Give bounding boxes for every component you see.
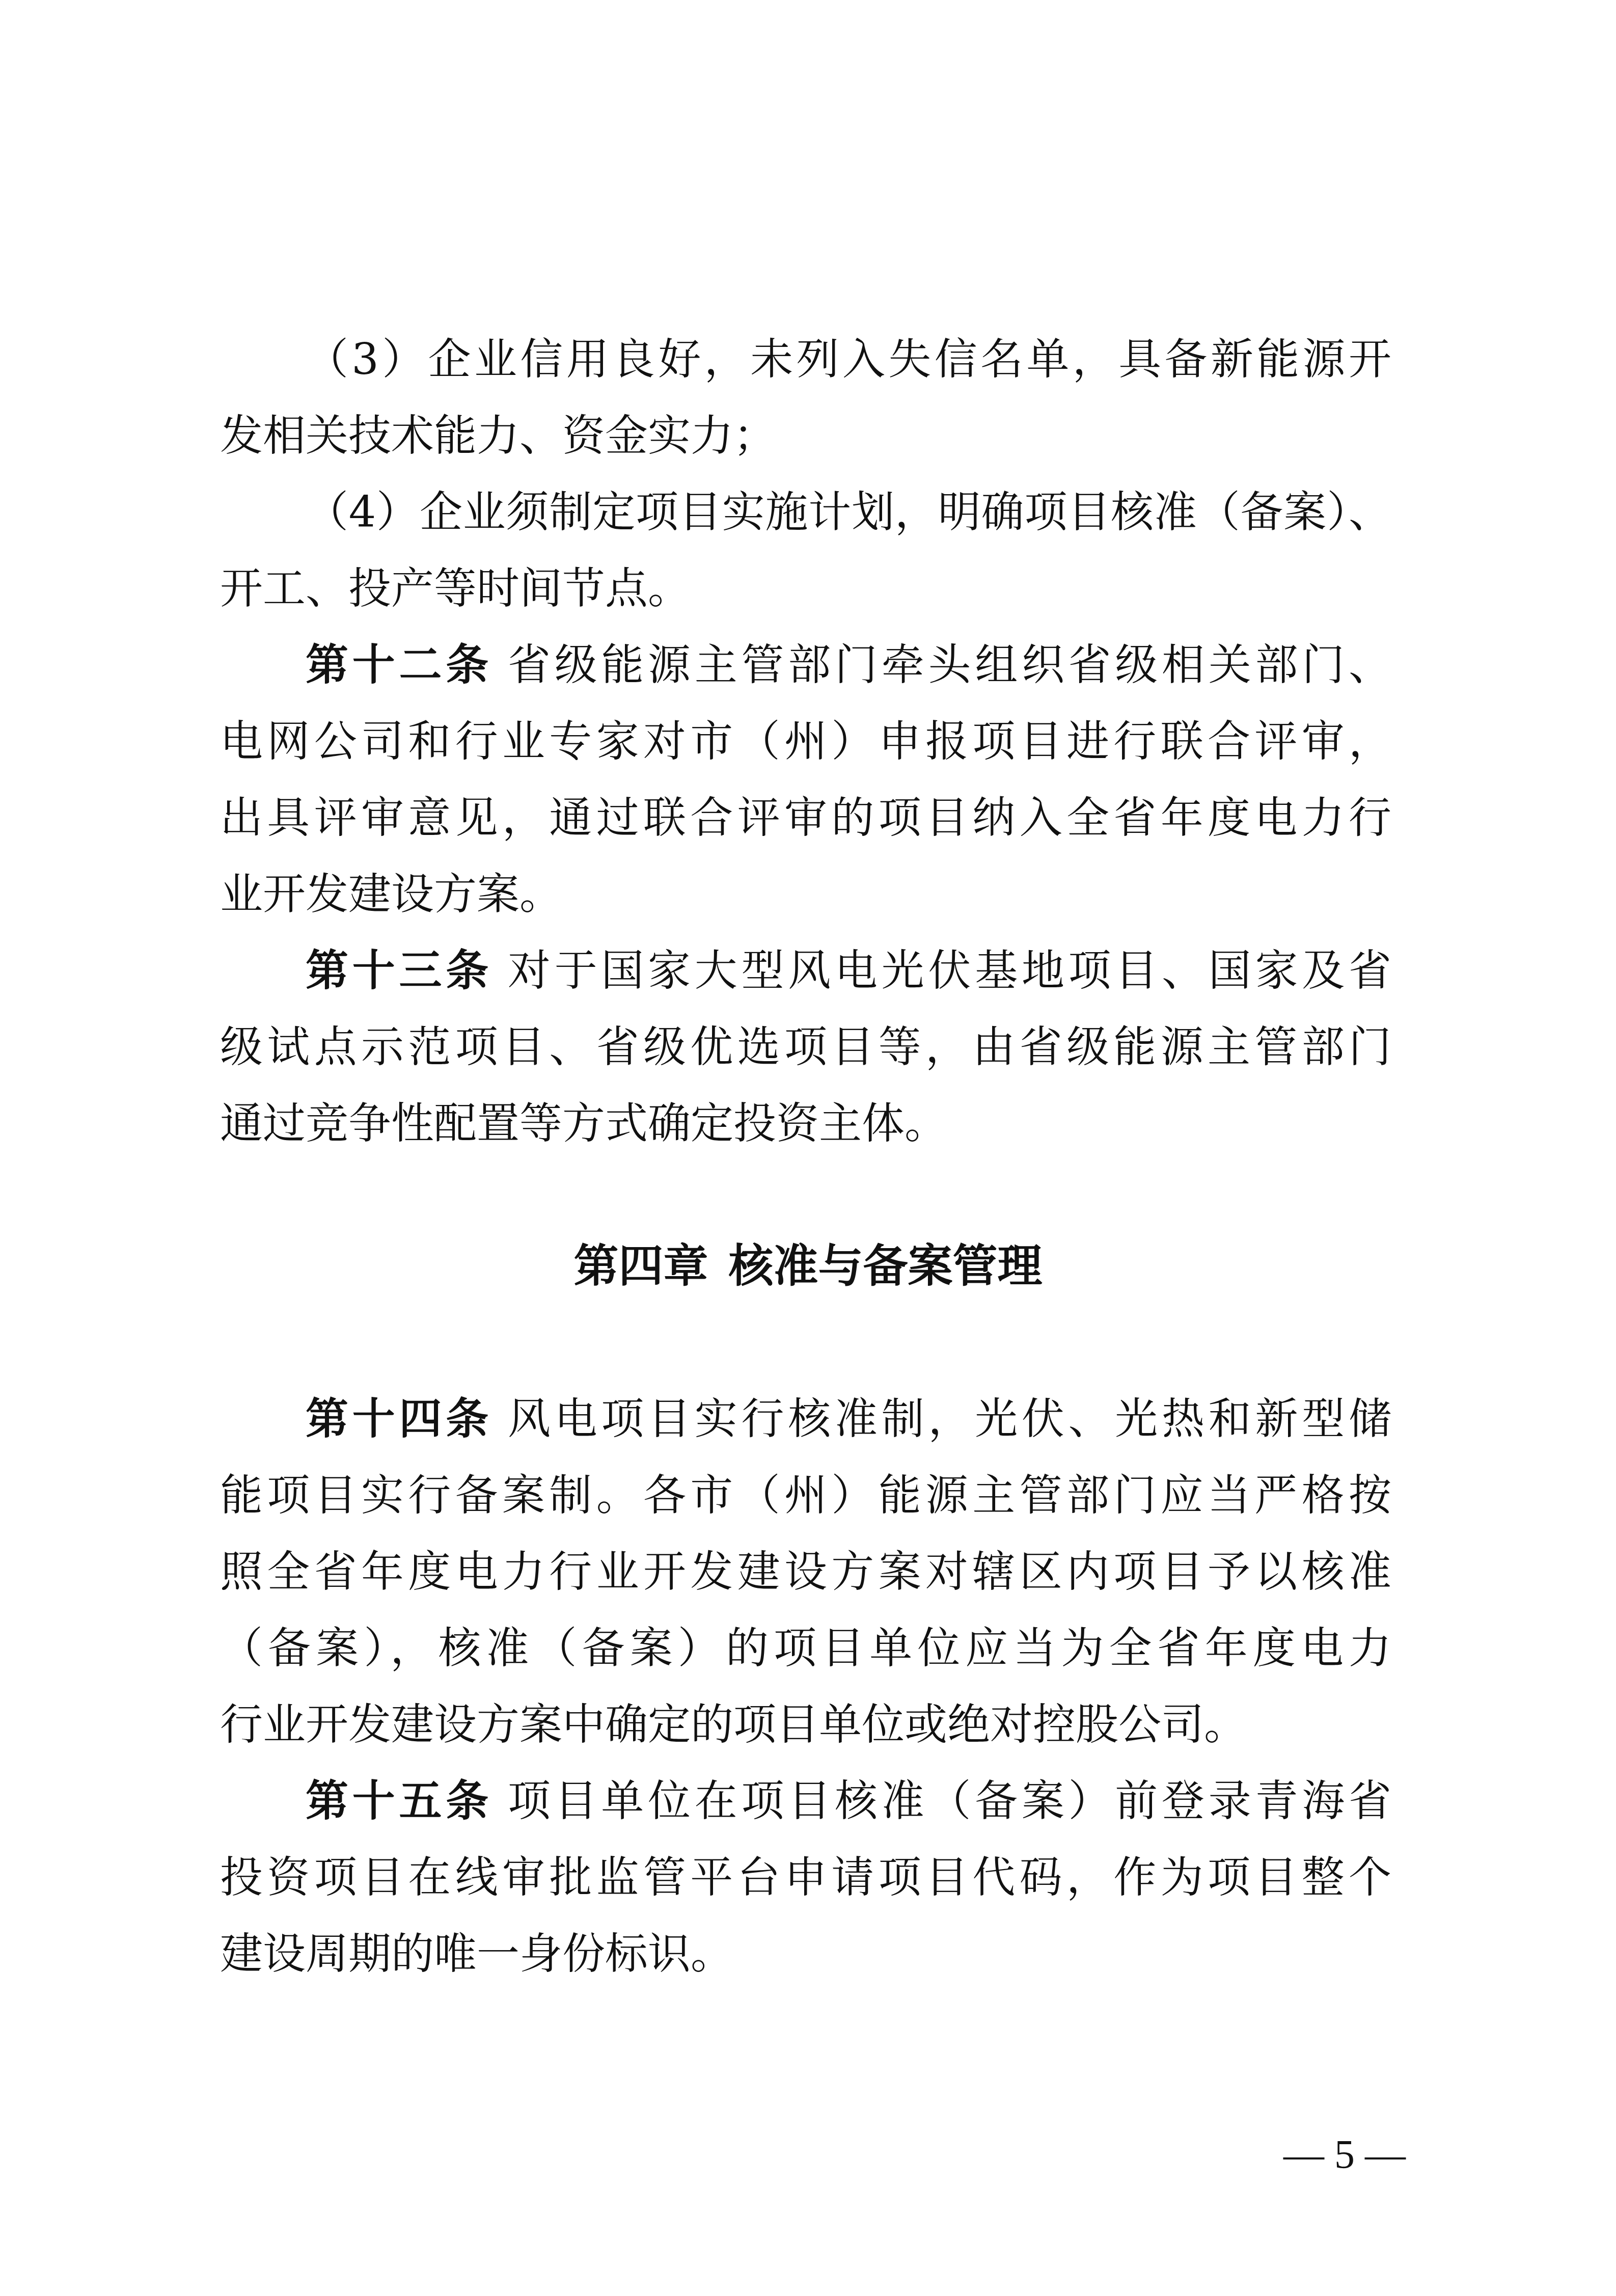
paragraph-item-4-line-1: （4）企业须制定项目实施计划，明确项目核准（备案）、 xyxy=(306,487,1391,563)
article-14-label: 第十四条 xyxy=(306,1394,492,1444)
article-12-line-2: 电网公司和行业专家对市（州）申报项目进行联合评审， xyxy=(220,716,1391,792)
article-12-line-3: 出具评审意见，通过联合评审的项目纳入全省年度电力行 xyxy=(220,792,1391,869)
article-14-line-4: （备案），核准（备案）的项目单位应当为全省年度电力 xyxy=(220,1623,1391,1699)
article-15-line-3: 建设周期的唯一身份标识。 xyxy=(220,1928,1391,2005)
paragraph-item-3-line-1: （3）企业信用良好，未列入失信名单，具备新能源开 xyxy=(306,334,1391,410)
article-12-line-4: 业开发建设方案。 xyxy=(220,869,1391,945)
article-14-text: 风电项目实行核准制，光伏、光热和新型储 xyxy=(508,1394,1391,1444)
article-14-line-2: 能项目实行备案制。各市（州）能源主管部门应当严格按 xyxy=(220,1470,1391,1546)
article-12-text: 省级能源主管部门牵头组织省级相关部门、 xyxy=(508,640,1391,690)
article-15-label: 第十五条 xyxy=(306,1776,492,1826)
chapter-number: 第四章 xyxy=(573,1239,708,1292)
document-page: （3）企业信用良好，未列入失信名单，具备新能源开 发相关技术能力、资金实力； （… xyxy=(0,0,1616,2296)
article-13-text: 对于国家大型风电光伏基地项目、国家及省 xyxy=(508,946,1391,995)
paragraph-item-4-line-2: 开工、投产等时间节点。 xyxy=(220,563,1391,639)
article-12-label: 第十二条 xyxy=(306,640,492,690)
article-14-line-3: 照全省年度电力行业开发建设方案对辖区内项目予以核准 xyxy=(220,1546,1391,1623)
article-13-line-2: 级试点示范项目、省级优选项目等，由省级能源主管部门 xyxy=(220,1021,1391,1098)
page-number: — 5 — xyxy=(1263,2129,1426,2180)
article-14-line-5: 行业开发建设方案中确定的项目单位或绝对控股公司。 xyxy=(220,1699,1391,1775)
chapter-heading: 第四章核准与备案管理 xyxy=(0,1238,1616,1294)
article-15-line-1: 第十五条项目单位在项目核准（备案）前登录青海省 xyxy=(306,1775,1391,1852)
chapter-title: 核准与备案管理 xyxy=(729,1239,1043,1292)
article-14-line-1: 第十四条风电项目实行核准制，光伏、光热和新型储 xyxy=(306,1393,1391,1470)
article-13-label: 第十三条 xyxy=(306,946,492,995)
article-15-line-2: 投资项目在线审批监管平台申请项目代码，作为项目整个 xyxy=(220,1852,1391,1928)
article-13-line-1: 第十三条对于国家大型风电光伏基地项目、国家及省 xyxy=(306,945,1391,1021)
paragraph-item-3-line-2: 发相关技术能力、资金实力； xyxy=(220,410,1391,487)
article-12-line-1: 第十二条省级能源主管部门牵头组织省级相关部门、 xyxy=(306,639,1391,716)
article-15-text: 项目单位在项目核准（备案）前登录青海省 xyxy=(508,1776,1391,1826)
article-13-line-3: 通过竞争性配置等方式确定投资主体。 xyxy=(220,1098,1391,1174)
